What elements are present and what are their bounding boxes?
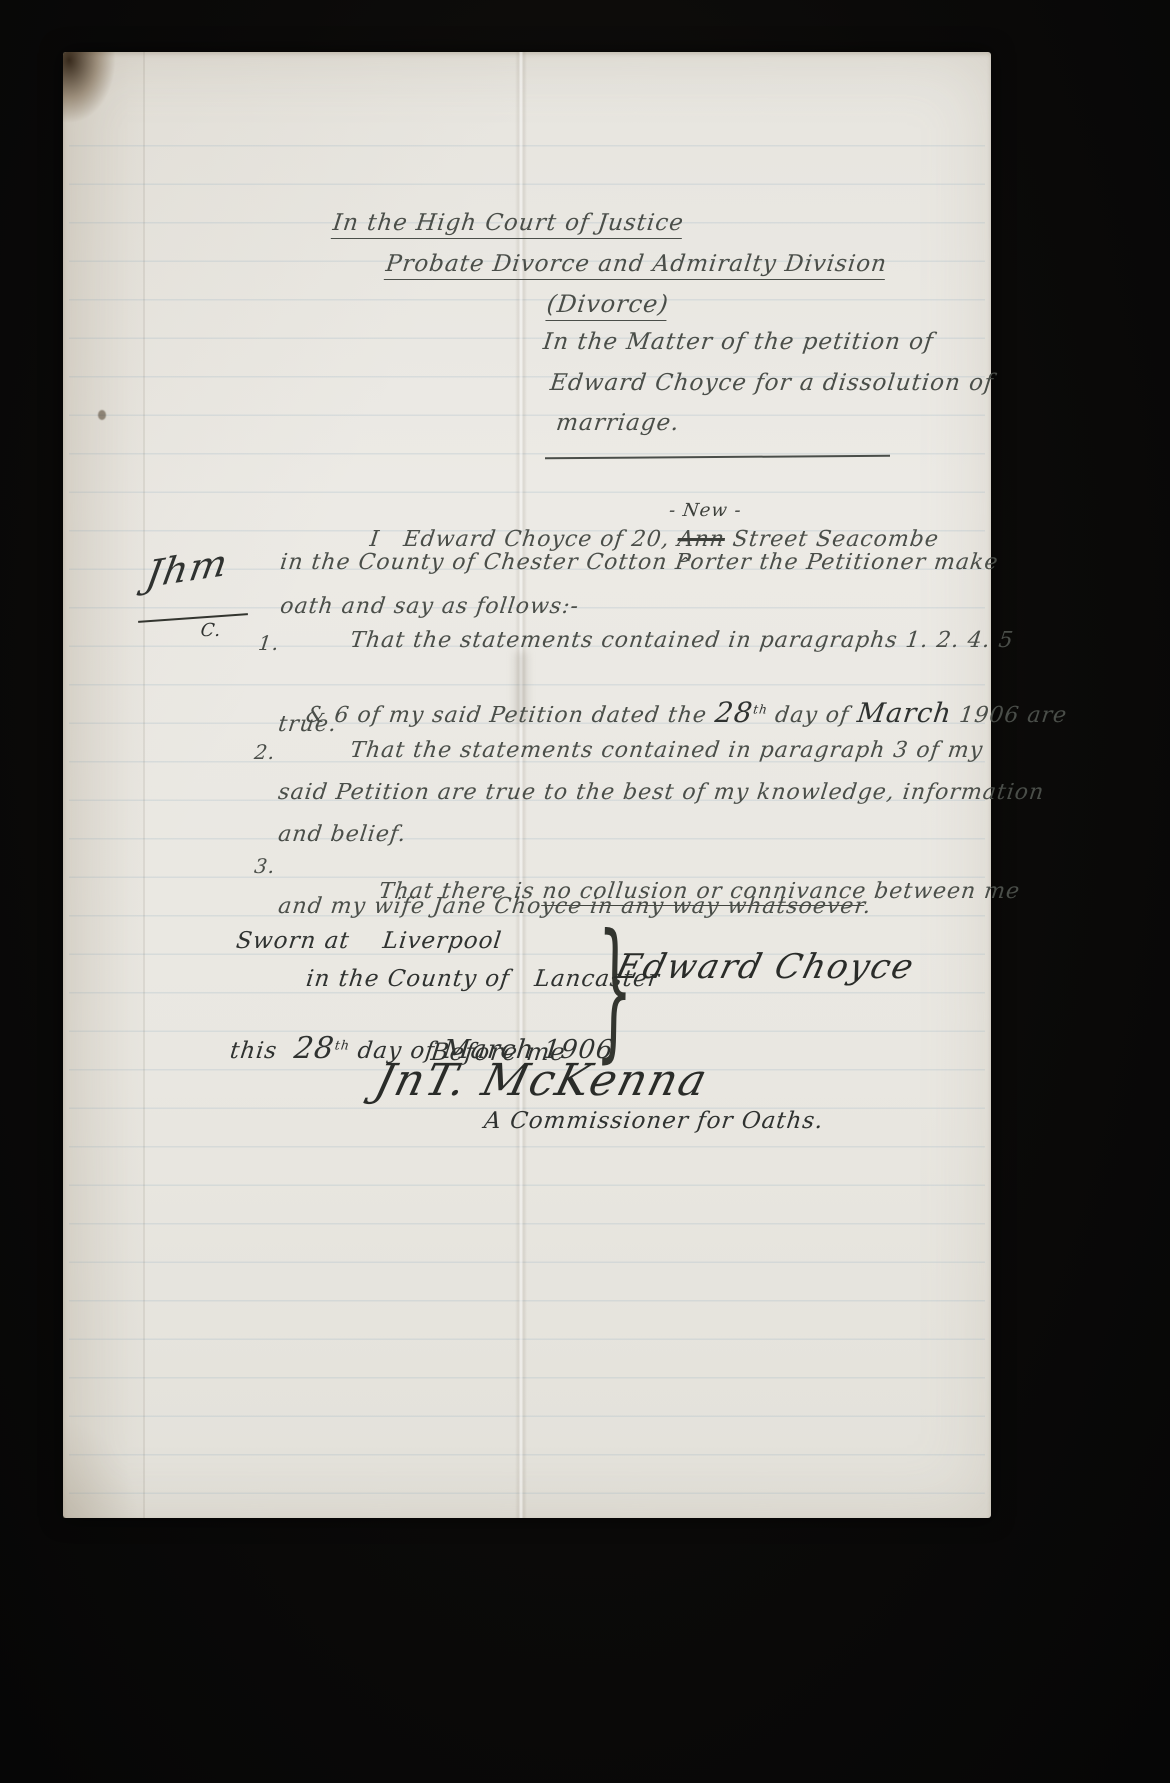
court-header-division-text: (Divorce)	[545, 290, 671, 321]
opening-line2: in the County of Chester Cotton Porter t…	[279, 549, 1000, 577]
para3-number: 3.	[253, 854, 277, 879]
matter-line3: marriage.	[554, 409, 681, 438]
photo-background: In the High Court of Justice Probate Div…	[0, 0, 1170, 1783]
para2-line1: That the statements contained in paragra…	[349, 737, 985, 765]
corner-stain	[63, 52, 158, 177]
para1-number: 1.	[257, 631, 281, 656]
opening-line1-post: Street Seacombe	[723, 527, 940, 552]
jurat-date-this: this	[229, 1038, 296, 1064]
para1-line2-mid: day of	[766, 703, 859, 728]
para1-date-month: March	[856, 698, 954, 729]
ink-speck	[98, 410, 106, 420]
left-fold-crease	[143, 52, 145, 1518]
para2-line2: said Petition are true to the best of my…	[277, 779, 1046, 807]
jurat-date-day: 28	[292, 1031, 336, 1066]
margin-monogram-sub: C.	[199, 620, 223, 643]
bottom-corner-stain	[63, 1348, 193, 1518]
opening-line3: oath and say as follows:-	[279, 593, 581, 621]
struck-word: Ann	[676, 527, 726, 552]
para1-line3: true.	[277, 711, 339, 739]
para3-line2: and my wife Jane Choyce in any way whats…	[277, 893, 874, 921]
left-margin-shading	[63, 52, 143, 1518]
para1-line2-post: 1906 are	[950, 703, 1069, 728]
inserted-word: - New -	[668, 500, 743, 523]
opening-line1-pre: I Edward Choyce of 20,	[368, 527, 679, 552]
para2-number: 2.	[253, 740, 277, 765]
para3-line1-post: between me	[865, 879, 1022, 904]
jurat-brace: }	[595, 915, 634, 1065]
commissioner-title: A Commissioner for Oaths.	[482, 1107, 825, 1136]
matter-line2: Edward Choyce for a dissolution of	[548, 369, 995, 398]
jurat-sworn-line: Sworn at Liverpool	[234, 927, 503, 956]
para1-line1: That the statements contained in paragra…	[349, 627, 1016, 655]
matter-line1: In the Matter of the petition of	[541, 328, 935, 357]
para1-date-day: 28	[713, 696, 755, 729]
commissioner-signature: JnT. McKenna	[369, 1053, 714, 1108]
deponent-signature: Edward Choyce	[611, 946, 919, 989]
para2-line3: and belief.	[277, 821, 408, 849]
para1-line2-pre: & 6 of my said Petition dated the	[305, 703, 717, 728]
